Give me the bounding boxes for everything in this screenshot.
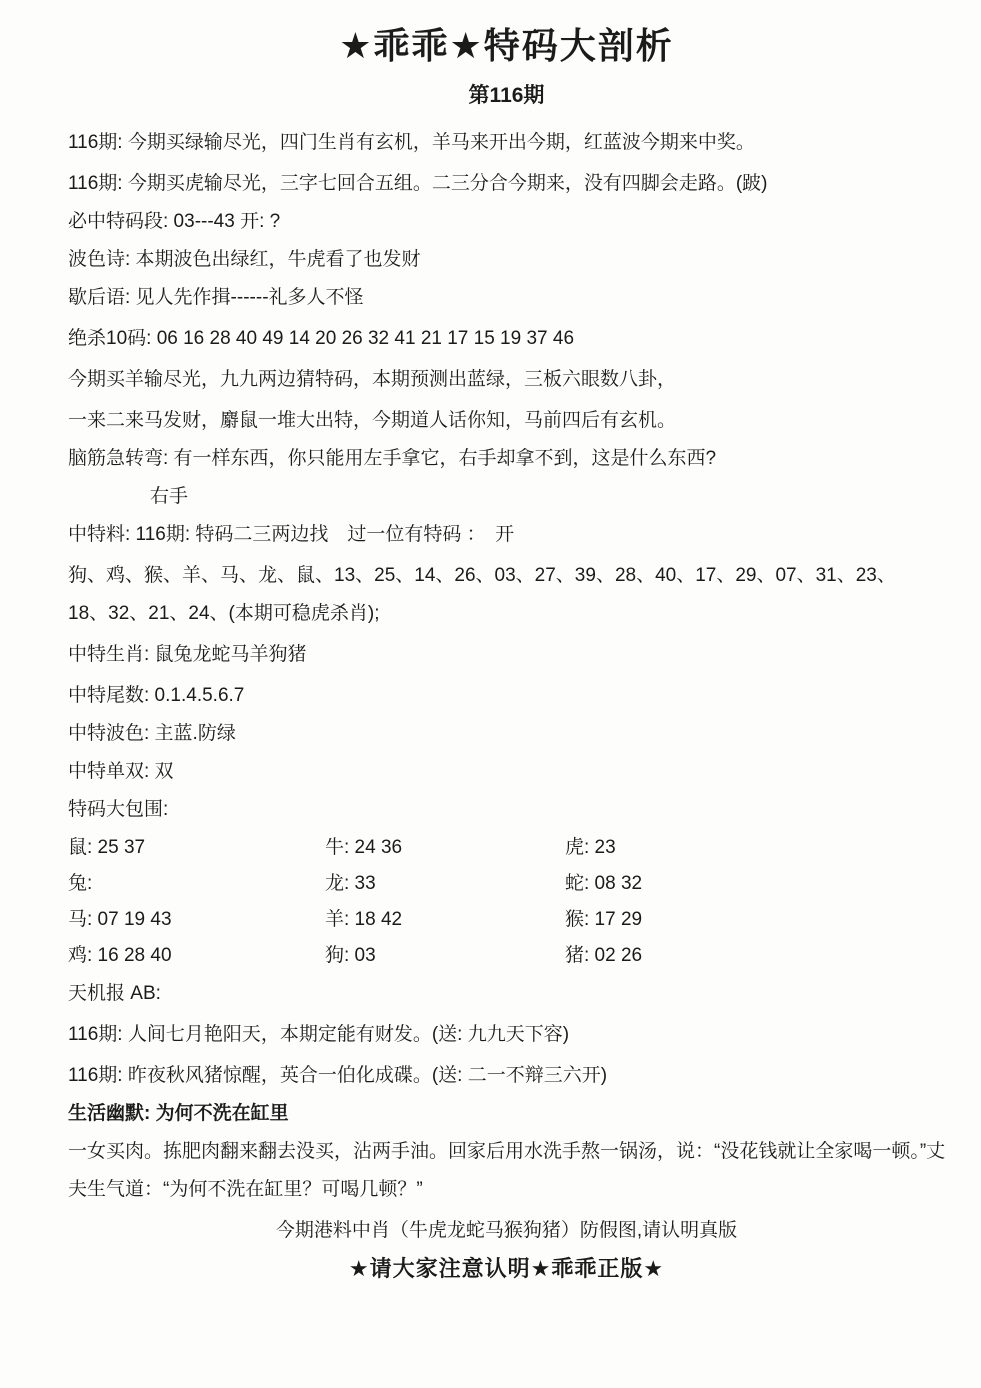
picks-line-1: 狗、鸡、猴、羊、马、龙、鼠、13、25、14、26、03、27、39、28、40… — [68, 564, 945, 587]
kill-10-codes-line: 绝杀10码: 06 16 28 40 49 14 20 26 32 41 21 … — [68, 327, 945, 350]
must-hit-segment-line: 必中特码段: 03---43 开: ? — [68, 210, 945, 233]
surround-table: 鼠: 25 37 牛: 24 36 虎: 23 兔: 龙: 33 蛇: 08 3… — [68, 836, 945, 967]
poem-tiger-line: 116期: 今期买虎输尽光，三字七回合五组。二三分合今期来，没有四脚会走路。(跛… — [68, 172, 945, 195]
tip-sheep-line: 今期买羊输尽光，九九两边猜特码，本期预测出蓝绿，三板六眼数八卦， — [68, 368, 945, 391]
surround-cell-rabbit: 兔: — [68, 872, 325, 895]
wave-color-line: 中特波色: 主蓝.防绿 — [68, 722, 945, 745]
zodiac-hit-line: 中特生肖: 鼠兔龙蛇马羊狗猪 — [68, 643, 945, 666]
surround-cell-rooster: 鸡: 16 28 40 — [68, 944, 325, 967]
surround-cell-monkey: 猴: 17 29 — [565, 908, 945, 931]
surround-cell-dragon: 龙: 33 — [325, 872, 565, 895]
wave-poem-line: 波色诗: 本期波色出绿红，牛虎看了也发财 — [68, 248, 945, 271]
surround-cell-tiger: 虎: 23 — [565, 836, 945, 859]
tip-horse-line: 一来二来马发财，麝鼠一堆大出特，今期道人话你知，马前四后有玄机。 — [68, 409, 945, 432]
humor-title: 生活幽默: 为何不洗在缸里 — [68, 1102, 945, 1125]
poem-green-line: 116期: 今期买绿输尽光，四门生肖有玄机，羊马来开出今期，红蓝波今期来中奖。 — [68, 131, 945, 154]
footer-note: 今期港料中肖（牛虎龙蛇马猴狗猪）防假图,请认明真版 — [68, 1219, 945, 1242]
odd-even-line: 中特单双: 双 — [68, 760, 945, 783]
xiehouyu-line: 歇后语: 见人先作揖------礼多人不怪 — [68, 286, 945, 309]
issue-poem-2: 116期: 昨夜秋风猪惊醒，英合一伯化成碟。(送: 二一不辩三六开) — [68, 1064, 945, 1087]
humor-line-2: 夫生气道：“为何不洗在缸里？可喝几顿？” — [68, 1178, 945, 1201]
footer-certification: ★请大家注意认明★乖乖正版★ — [68, 1257, 945, 1280]
brain-teaser-line: 脑筋急转弯: 有一样东西，你只能用左手拿它，右手却拿不到，这是什么东西? — [68, 447, 945, 470]
humor-line-1: 一女买肉。拣肥肉翻来翻去没买，沾两手油。回家后用水洗手熬一锅汤，说：“没花钱就让… — [68, 1140, 945, 1163]
lottery-tip-sheet: ★乖乖★特码大剖析 第116期 116期: 今期买绿输尽光，四门生肖有玄机，羊马… — [0, 0, 981, 1388]
brain-teaser-answer: 右手 — [68, 485, 945, 508]
page-title: ★乖乖★特码大剖析 — [68, 18, 945, 69]
issue-poem-1: 116期: 人间七月艳阳天，本期定能有财发。(送: 九九天下容) — [68, 1023, 945, 1046]
surround-cell-horse: 马: 07 19 43 — [68, 908, 325, 931]
picks-line-2: 18、32、21、24、(本期可稳虎杀肖); — [68, 602, 945, 625]
surround-title: 特码大包围: — [68, 798, 945, 821]
surround-cell-dog: 狗: 03 — [325, 944, 565, 967]
tianji-line: 天机报 AB: — [68, 982, 945, 1005]
surround-cell-pig: 猪: 02 26 — [565, 944, 945, 967]
zhong-te-liao-line: 中特料: 116期: 特码二三两边找 过一位有特码 ： 开 — [68, 523, 945, 546]
surround-cell-goat: 羊: 18 42 — [325, 908, 565, 931]
surround-cell-ox: 牛: 24 36 — [325, 836, 565, 859]
tail-numbers-line: 中特尾数: 0.1.4.5.6.7 — [68, 684, 945, 707]
issue-number: 第116期 — [68, 79, 945, 109]
surround-cell-snake: 蛇: 08 32 — [565, 872, 945, 895]
surround-cell-rat: 鼠: 25 37 — [68, 836, 325, 859]
